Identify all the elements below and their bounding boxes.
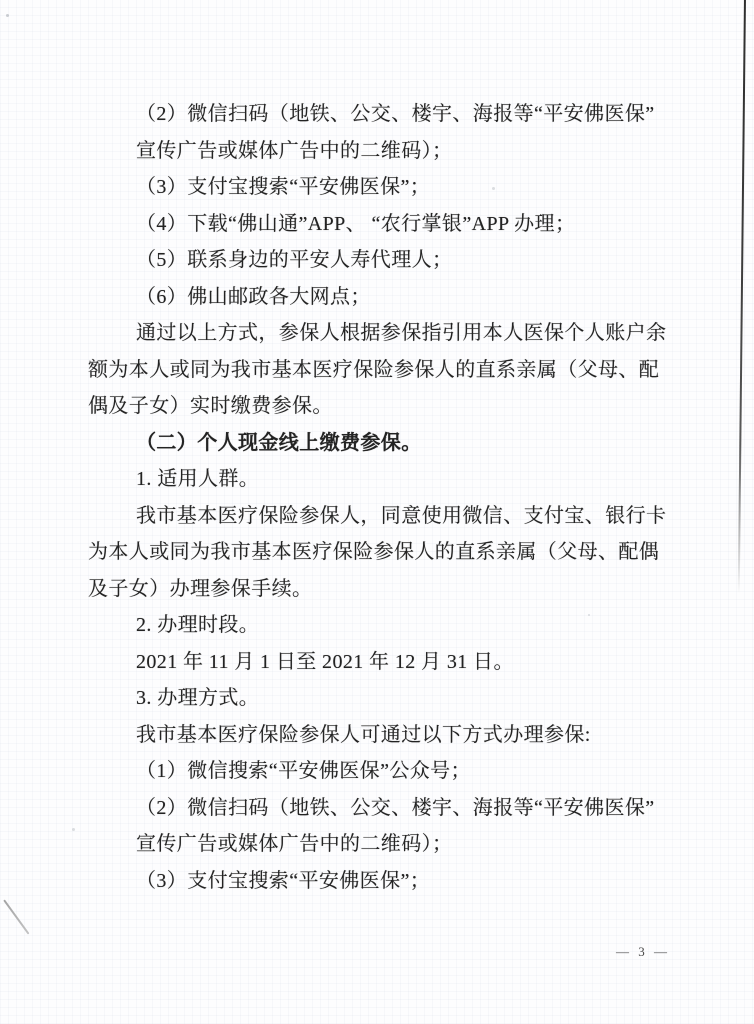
text-line: 额为本人或同为我市基本医疗保险参保人的直系亲属（父母、配 bbox=[88, 352, 688, 389]
text-line: （4）下载“佛山通”APP、 “农行掌银”APP 办理； bbox=[88, 206, 688, 243]
scan-speck bbox=[588, 614, 590, 616]
document-text-block: （2）微信扫码（地铁、公交、楼宇、海报等“平安佛医保” 宣传广告或媒体广告中的二… bbox=[88, 96, 688, 899]
text-line: 偶及子女）实时缴费参保。 bbox=[88, 388, 688, 425]
text-line: 及子女）办理参保手续。 bbox=[88, 571, 688, 608]
scan-speck bbox=[6, 14, 9, 17]
text-line: （2）微信扫码（地铁、公交、楼宇、海报等“平安佛医保” bbox=[88, 790, 688, 827]
text-line: 我市基本医疗保险参保人，同意使用微信、支付宝、银行卡 bbox=[88, 498, 688, 535]
page-number: — 3 — bbox=[616, 944, 696, 960]
scan-scratch-artifact bbox=[3, 899, 29, 934]
text-line: （6）佛山邮政各大网点； bbox=[88, 279, 688, 316]
text-line: （5）联系身边的平安人寿代理人； bbox=[88, 242, 688, 279]
text-line: 我市基本医疗保险参保人可通过以下方式办理参保: bbox=[88, 717, 688, 754]
text-line: （3）支付宝搜索“平安佛医保”； bbox=[88, 863, 688, 900]
text-line: 2. 办理时段。 bbox=[88, 607, 688, 644]
text-line: 为本人或同为我市基本医疗保险参保人的直系亲属（父母、配偶 bbox=[88, 534, 688, 571]
scan-speck bbox=[72, 828, 75, 831]
text-line: 2021 年 11 月 1 日至 2021 年 12 月 31 日。 bbox=[88, 644, 688, 681]
text-line: 宣传广告或媒体广告中的二维码）； bbox=[88, 133, 688, 170]
scan-edge-artifact bbox=[738, 0, 746, 594]
text-line: 通过以上方式，参保人根据参保指引用本人医保个人账户余 bbox=[88, 315, 688, 352]
text-line: 1. 适用人群。 bbox=[88, 461, 688, 498]
text-line: 3. 办理方式。 bbox=[88, 680, 688, 717]
text-line: （3）支付宝搜索“平安佛医保”； bbox=[88, 169, 688, 206]
scan-speck bbox=[492, 187, 495, 190]
section-heading: （二）个人现金线上缴费参保。 bbox=[88, 425, 688, 462]
text-line: （1）微信搜索“平安佛医保”公众号； bbox=[88, 753, 688, 790]
text-line: （2）微信扫码（地铁、公交、楼宇、海报等“平安佛医保” bbox=[88, 96, 688, 133]
text-line: 宣传广告或媒体广告中的二维码）； bbox=[88, 826, 688, 863]
